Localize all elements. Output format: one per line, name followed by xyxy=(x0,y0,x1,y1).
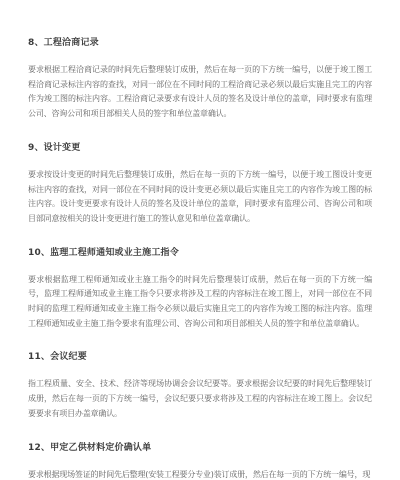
section-body: 指工程质量、安全、技术、经济等现场协调会会议纪要等。要求根据会议纪要的时间先后整… xyxy=(28,377,372,421)
section-heading: 12、甲定乙供材料定价确认单 xyxy=(28,442,372,454)
section-construction-negotiation-records: 8、工程洽商记录 要求根据工程洽商记录的时间先后整理装订成册，然后在每一页的下方… xyxy=(28,37,372,122)
section-body: 要求根据工程洽商记录的时间先后整理装订成册，然后在每一页的下方统一编号，以便于竣… xyxy=(28,63,372,122)
section-design-changes: 9、设计变更 要求按设计变更的时间先后整理装订成册，然后在每一页的下方统一编号，… xyxy=(28,142,372,227)
section-body: 要求按设计变更的时间先后整理装订成册，然后在每一页的下方统一编号，以便于竣工图设… xyxy=(28,168,372,227)
section-body: 要求根据现场签证的时间先后整理(安装工程要分专业)装订成册，然后在每一页的下方统… xyxy=(28,468,372,480)
section-heading: 11、会议纪要 xyxy=(28,351,372,363)
section-body: 要求根据监理工程师通知或业主施工指令的时间先后整理装订成册，然后在每一页的下方统… xyxy=(28,273,372,332)
section-meeting-minutes: 11、会议纪要 指工程质量、安全、技术、经济等现场协调会会议纪要等。要求根据会议… xyxy=(28,351,372,421)
section-material-pricing-confirmation: 12、甲定乙供材料定价确认单 要求根据现场签证的时间先后整理(安装工程要分专业)… xyxy=(28,442,372,480)
section-heading: 8、工程洽商记录 xyxy=(28,37,372,49)
section-heading: 9、设计变更 xyxy=(28,142,372,154)
section-heading: 10、监理工程师通知或业主施工指令 xyxy=(28,247,372,259)
section-supervisor-notices: 10、监理工程师通知或业主施工指令 要求根据监理工程师通知或业主施工指令的时间先… xyxy=(28,247,372,332)
document-page: 8、工程洽商记录 要求根据工程洽商记录的时间先后整理装订成册，然后在每一页的下方… xyxy=(0,0,400,480)
